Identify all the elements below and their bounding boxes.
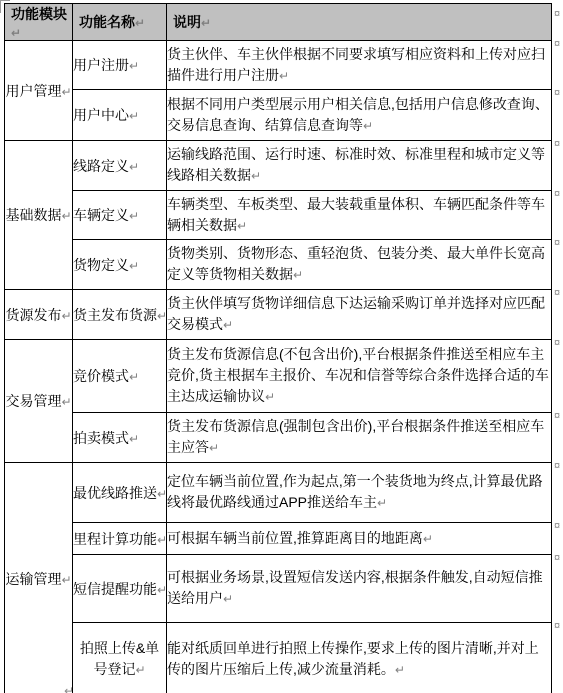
function-name-cell: 最优线路推送↵: [73, 463, 167, 523]
function-desc-cell: 可根据车辆当前位置,推算距离目的地距离↵: [167, 523, 552, 555]
function-desc-cell: 货物类别、货物形态、重轻泡货、包装分类、最大单件长宽高定义等货物相关数据↵: [167, 240, 552, 290]
function-desc-cell: 车辆类型、车板类型、最大装载重量体积、车辆匹配条件等车辆相关数据↵: [167, 191, 552, 240]
row-end-mark: ¤: [554, 411, 560, 422]
cell-end-mark: ↵: [201, 16, 211, 30]
module-cell: 货源发布↵: [5, 290, 73, 340]
function-name-cell: 拍卖模式↵: [73, 413, 167, 463]
cell-end-mark: ↵: [395, 663, 405, 677]
function-name-label: 拍照上传&单号登记: [80, 640, 159, 677]
module-label: 基础数据: [5, 207, 61, 223]
function-desc-cell: 货主伙伴、车主伙伴根据不同要求填写相应资料和上传对应扫描件进行用户注册↵: [167, 41, 552, 90]
row-end-mark: ¤: [554, 338, 560, 349]
module-label: 交易管理: [5, 393, 61, 409]
row-end-mark: ¤: [554, 553, 560, 564]
cell-end-mark: ↵: [157, 533, 167, 547]
function-name-label: 里程计算功能: [73, 531, 157, 547]
module-label: 用户管理: [5, 83, 61, 99]
function-desc-text: 货主发布货源信息(强制包含出价),平台根据条件推送至相应车主应答: [167, 418, 544, 455]
row-end-mark: ¤: [554, 39, 560, 50]
cell-end-mark: ↵: [135, 16, 145, 30]
header-name: 功能名称↵: [73, 4, 167, 41]
cell-end-mark: ↵: [129, 209, 139, 223]
cell-end-mark: ↵: [223, 592, 233, 606]
table-row: 货物定义↵货物类别、货物形态、重轻泡货、包装分类、最大单件长宽高定义等货物相关数…: [5, 240, 552, 290]
row-end-mark: ¤: [554, 461, 560, 472]
header-module-label: 功能模块: [11, 6, 67, 22]
header-desc-label: 说明: [173, 14, 201, 30]
function-desc-text: 能对纸质回单进行拍照上传操作,要求上传的图片清晰,并对上传的图片压缩后上传,减少…: [167, 640, 539, 677]
table-row: 里程计算功能↵可根据车辆当前位置,推算距离目的地距离↵: [5, 523, 552, 555]
function-desc-cell: 可根据业务场景,设置短信发送内容,根据条件触发,自动短信推送给用户↵: [167, 555, 552, 623]
cell-end-mark: ↵: [157, 583, 167, 597]
function-name-cell: 拍照上传&单号登记↵: [73, 623, 167, 693]
function-name-label: 竞价模式: [73, 368, 129, 384]
function-name-cell: 车辆定义↵: [73, 191, 167, 240]
cell-end-mark: ↵: [129, 109, 139, 123]
cell-end-mark: ↵: [157, 309, 167, 323]
function-desc-text: 运输线路范围、运行时速、标准时效、标准里程和城市定义等线路相关数据: [167, 146, 545, 183]
function-desc-cell: 货主发布货源信息(不包含出价),平台根据条件推送至相应车主竞价,货主根据车主报价…: [167, 340, 552, 413]
table-row: 拍卖模式↵货主发布货源信息(强制包含出价),平台根据条件推送至相应车主应答↵: [5, 413, 552, 463]
function-name-cell: 货主发布货源↵: [73, 290, 167, 340]
function-name-cell: 用户注册↵: [73, 41, 167, 90]
function-desc-text: 货主发布货源信息(不包含出价),平台根据条件推送至相应车主竞价,货主根据车主报价…: [167, 346, 549, 404]
header-name-label: 功能名称: [79, 14, 135, 30]
after-table-paragraph-mark: ↵: [64, 684, 74, 693]
cell-end-mark: ↵: [61, 395, 71, 409]
header-row: 功能模块↵ 功能名称↵ 说明↵: [5, 4, 552, 41]
table-row: 运输管理↵最优线路推送↵定位车辆当前位置,作为起点,第一个装货地为终点,计算最优…: [5, 463, 552, 523]
module-cell: 用户管理↵: [5, 41, 73, 141]
cell-end-mark: ↵: [129, 59, 139, 73]
cell-end-mark: ↵: [279, 69, 289, 83]
table-row: 短信提醒功能↵可根据业务场景,设置短信发送内容,根据条件触发,自动短信推送给用户…: [5, 555, 552, 623]
header-module: 功能模块↵: [5, 4, 73, 41]
function-name-cell: 货物定义↵: [73, 240, 167, 290]
function-name-label: 货物定义: [73, 257, 129, 273]
cell-end-mark: ↵: [251, 169, 261, 183]
table-row: 用户管理↵用户注册↵货主伙伴、车主伙伴根据不同要求填写相应资料和上传对应扫描件进…: [5, 41, 552, 90]
document-page: 功能模块↵ 功能名称↵ 说明↵ 用户管理↵用户注册↵货主伙伴、车主伙伴根据不同要…: [0, 0, 563, 693]
table-row: 用户中心↵根据不同用户类型展示用户相关信息,包括用户信息修改查询、交易信息查询、…: [5, 90, 552, 141]
function-desc-cell: 定位车辆当前位置,作为起点,第一个装货地为终点,计算最优路线将最优路线通过APP…: [167, 463, 552, 523]
row-end-mark: ¤: [554, 88, 560, 99]
function-name-label: 用户中心: [73, 107, 129, 123]
function-desc-text: 货主伙伴、车主伙伴根据不同要求填写相应资料和上传对应扫描件进行用户注册: [167, 46, 545, 83]
cell-end-mark: ↵: [377, 496, 387, 510]
function-name-label: 货主发布货源: [73, 307, 157, 323]
function-desc-text: 车辆类型、车板类型、最大装载重量体积、车辆匹配条件等车辆相关数据: [167, 196, 545, 233]
module-cell: 基础数据↵: [5, 141, 73, 290]
function-name-label: 短信提醒功能: [73, 581, 157, 597]
module-label: 货源发布: [5, 307, 61, 323]
function-desc-text: 定位车辆当前位置,作为起点,第一个装货地为终点,计算最优路线将最优路线通过APP…: [167, 473, 543, 510]
row-end-mark: ¤: [554, 139, 560, 150]
function-name-cell: 竞价模式↵: [73, 340, 167, 413]
cell-end-mark: ↵: [61, 209, 71, 223]
function-desc-cell: 货主发布货源信息(强制包含出价),平台根据条件推送至相应车主应答↵: [167, 413, 552, 463]
table-row: 车辆定义↵车辆类型、车板类型、最大装载重量体积、车辆匹配条件等车辆相关数据↵: [5, 191, 552, 240]
function-name-label: 拍卖模式: [73, 430, 129, 446]
cell-end-mark: ↵: [223, 318, 233, 332]
function-name-cell: 里程计算功能↵: [73, 523, 167, 555]
row-end-mark: ¤: [554, 238, 560, 249]
cell-end-mark: ↵: [363, 119, 373, 133]
function-name-cell: 线路定义↵: [73, 141, 167, 191]
function-name-label: 线路定义: [73, 158, 129, 174]
cell-end-mark: ↵: [423, 532, 433, 546]
function-desc-text: 货物类别、货物形态、重轻泡货、包装分类、最大单件长宽高定义等货物相关数据: [167, 245, 545, 282]
cell-end-mark: ↵: [129, 370, 139, 384]
table-row: 货源发布↵货主发布货源↵货主伙伴填写货物详细信息下达运输采购订单并选择对应匹配交…: [5, 290, 552, 340]
function-desc-cell: 货主伙伴填写货物详细信息下达运输采购订单并选择对应匹配交易模式↵: [167, 290, 552, 340]
function-name-cell: 用户中心↵: [73, 90, 167, 141]
function-name-cell: 短信提醒功能↵: [73, 555, 167, 623]
header-desc: 说明↵: [167, 4, 552, 41]
function-desc-cell: 运输线路范围、运行时速、标准时效、标准里程和城市定义等线路相关数据↵: [167, 141, 552, 191]
function-desc-cell: 能对纸质回单进行拍照上传操作,要求上传的图片清晰,并对上传的图片压缩后上传,减少…: [167, 623, 552, 693]
row-end-mark: ¤: [554, 621, 560, 632]
table-row: 拍照上传&单号登记↵能对纸质回单进行拍照上传操作,要求上传的图片清晰,并对上传的…: [5, 623, 552, 693]
cell-end-mark: ↵: [61, 85, 71, 99]
cell-end-mark: ↵: [129, 160, 139, 174]
function-name-label: 用户注册: [73, 57, 129, 73]
function-desc-cell: 根据不同用户类型展示用户相关信息,包括用户信息修改查询、交易信息查询、结算信息查…: [167, 90, 552, 141]
function-desc-text: 可根据车辆当前位置,推算距离目的地距离: [167, 530, 423, 546]
feature-module-table: 功能模块↵ 功能名称↵ 说明↵ 用户管理↵用户注册↵货主伙伴、车主伙伴根据不同要…: [4, 3, 552, 693]
module-cell: 交易管理↵: [5, 340, 73, 463]
function-desc-text: 根据不同用户类型展示用户相关信息,包括用户信息修改查询、交易信息查询、结算信息查…: [167, 96, 549, 133]
function-name-label: 车辆定义: [73, 207, 129, 223]
cell-end-mark: ↵: [157, 487, 167, 501]
function-name-label: 最优线路推送: [73, 485, 157, 501]
row-end-mark: ¤: [554, 288, 560, 299]
table-row: 交易管理↵竞价模式↵货主发布货源信息(不包含出价),平台根据条件推送至相应车主竞…: [5, 340, 552, 413]
module-label: 运输管理: [5, 571, 61, 587]
row-end-mark: ¤: [554, 9, 560, 20]
cell-end-mark: ↵: [237, 219, 247, 233]
cell-end-mark: ↵: [293, 268, 303, 282]
cell-end-mark: ↵: [129, 432, 139, 446]
row-end-mark: ¤: [554, 189, 560, 200]
cell-end-mark: ↵: [135, 663, 145, 677]
cell-end-mark: ↵: [209, 441, 219, 455]
module-cell: 运输管理↵: [5, 463, 73, 693]
cell-end-mark: ↵: [61, 573, 71, 587]
cell-end-mark: ↵: [265, 390, 275, 404]
table-row: 基础数据↵线路定义↵运输线路范围、运行时速、标准时效、标准里程和城市定义等线路相…: [5, 141, 552, 191]
cell-end-mark: ↵: [129, 259, 139, 273]
cell-end-mark: ↵: [11, 26, 21, 40]
cell-end-mark: ↵: [61, 309, 71, 323]
row-end-mark: ¤: [554, 521, 560, 532]
